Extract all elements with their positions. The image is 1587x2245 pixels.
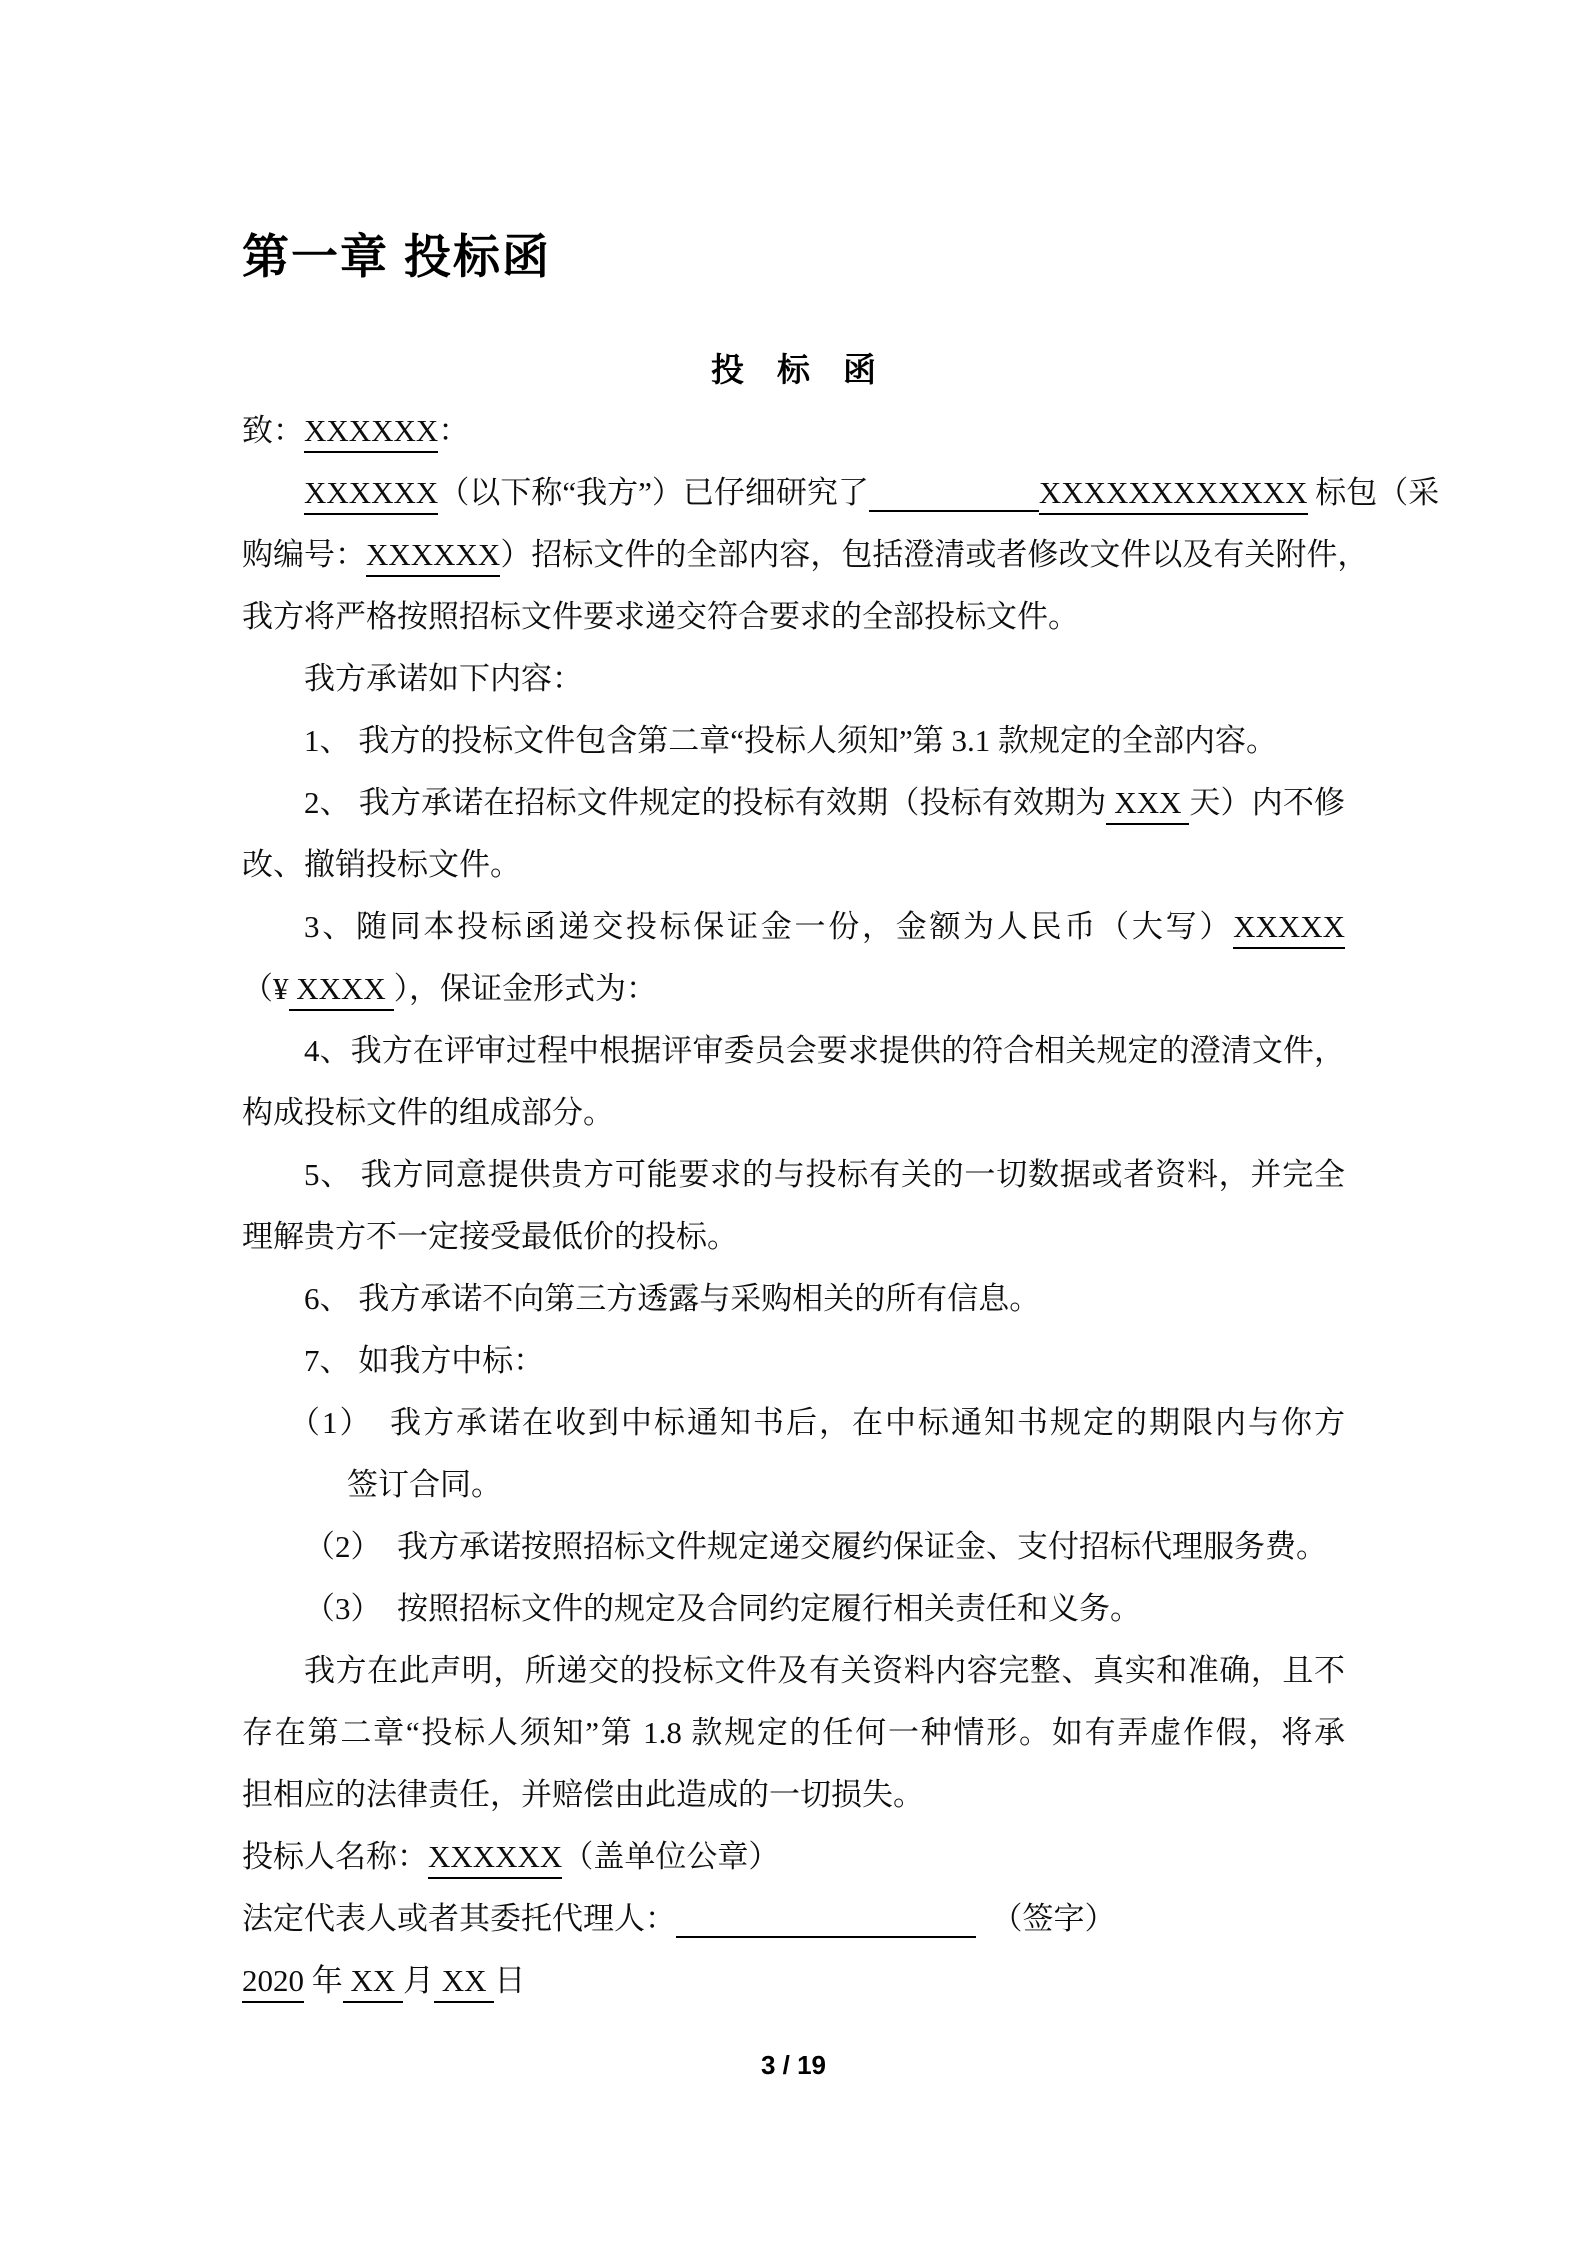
chapter-title: 第一章 投标函 xyxy=(242,220,551,287)
text-segment: 理解贵方不一定接受最低价的投标。 xyxy=(242,1219,738,1254)
line-item3-1: 3、随同本投标函递交投标保证金一份，金额为人民币（大写）XXXXX xyxy=(242,896,1345,958)
text-segment: 标包（采 xyxy=(1308,475,1440,510)
text-segment: （2） 我方承诺按照招标文件规定递交履约保证金、支付招标代理服务费。 xyxy=(304,1529,1327,1564)
document-body: 致：XXXXXX：XXXXXX（以下称“我方”）已仔细研究了XXXXXXXXXX… xyxy=(242,400,1345,2012)
text-segment: ）招标文件的全部内容，包括澄清或者修改文件以及有关附件， xyxy=(500,537,1368,572)
line-item4-1: 4、我方在评审过程中根据评审委员会要求提供的符合相关规定的澄清文件， xyxy=(242,1020,1345,1082)
text-segment: 我方承诺如下内容： xyxy=(304,661,583,696)
document-page: { "document": { "chapter_title": "第一章 投标… xyxy=(0,0,1587,2245)
underlined-text: XXXXXX xyxy=(304,475,438,515)
text-segment: 签订合同。 xyxy=(347,1467,502,1502)
underlined-text: XXXXX xyxy=(1233,909,1345,949)
line-item7-1-2: 签订合同。 xyxy=(242,1454,1345,1516)
text-segment: 投标人名称： xyxy=(242,1839,428,1874)
text-segment: 我方将严格按照招标文件要求递交符合要求的全部投标文件。 xyxy=(242,599,1079,634)
text-segment: 构成投标文件的组成部分。 xyxy=(242,1095,614,1130)
text-segment: （以下称“我方”）已仔细研究了 xyxy=(438,475,869,510)
line-declare-2: 存在第二章“投标人须知”第 1.8 款规定的任何一种情形。如有弄虚作假，将承 xyxy=(242,1702,1345,1764)
underlined-text: XXX xyxy=(1106,785,1189,825)
text-segment: 6、 我方承诺不向第三方透露与采购相关的所有信息。 xyxy=(304,1281,1040,1316)
line-item1: 1、 我方的投标文件包含第二章“投标人须知”第 3.1 款规定的全部内容。 xyxy=(242,710,1345,772)
line-promise-intro: 我方承诺如下内容： xyxy=(242,648,1345,710)
line-item5-1: 5、 我方同意提供贵方可能要求的与投标有关的一切数据或者资料，并完全 xyxy=(242,1144,1345,1206)
text-segment: ： xyxy=(438,413,469,448)
line-item5-2: 理解贵方不一定接受最低价的投标。 xyxy=(242,1206,1345,1268)
text-segment: 1、 我方的投标文件包含第二章“投标人须知”第 3.1 款规定的全部内容。 xyxy=(304,723,1277,758)
line-bidder-name: 投标人名称：XXXXXX（盖单位公章） xyxy=(242,1826,1345,1888)
text-segment: （1） 我方承诺在收到中标通知书后，在中标通知书规定的期限内与你方 xyxy=(289,1405,1345,1440)
text-segment: 法定代表人或者其委托代理人： xyxy=(242,1901,676,1936)
line-item2-1: 2、 我方承诺在招标文件规定的投标有效期（投标有效期为 XXX 天）内不修 xyxy=(242,772,1345,834)
text-segment: 5、 我方同意提供贵方可能要求的与投标有关的一切数据或者资料，并完全 xyxy=(304,1157,1345,1192)
line-item7-2: （2） 我方承诺按照招标文件规定递交履约保证金、支付招标代理服务费。 xyxy=(242,1516,1345,1578)
text-segment: 4、我方在评审过程中根据评审委员会要求提供的符合相关规定的澄清文件， xyxy=(304,1033,1345,1068)
text-segment: （盖单位公章） xyxy=(562,1839,779,1874)
line-para1-2: 购编号：XXXXXX）招标文件的全部内容，包括澄清或者修改文件以及有关附件， xyxy=(242,524,1345,586)
line-para1-1: XXXXXX（以下称“我方”）已仔细研究了XXXXXXXXXXXX 标包（采 xyxy=(242,462,1345,524)
line-declare-1: 我方在此声明，所递交的投标文件及有关资料内容完整、真实和准确，且不 xyxy=(242,1640,1345,1702)
text-segment: 年 xyxy=(304,1963,343,1998)
text-segment: （¥ xyxy=(242,971,289,1006)
text-segment: 我方在此声明，所递交的投标文件及有关资料内容完整、真实和准确，且不 xyxy=(304,1653,1345,1688)
blank-underline xyxy=(676,1914,976,1938)
text-segment: 7、 如我方中标： xyxy=(304,1343,544,1378)
underlined-text: XXXXXXXXXXXX xyxy=(1039,475,1308,515)
text-segment: 致： xyxy=(242,413,304,448)
underlined-text: XX xyxy=(343,1963,403,2003)
line-item6: 6、 我方承诺不向第三方透露与采购相关的所有信息。 xyxy=(242,1268,1345,1330)
blank-underline xyxy=(869,488,1039,512)
text-segment: 存在第二章“投标人须知”第 1.8 款规定的任何一种情形。如有弄虚作假，将承 xyxy=(242,1715,1345,1750)
line-item2-2: 改、撤销投标文件。 xyxy=(242,834,1345,896)
line-item3-2: （¥ XXXX ），保证金形式为： xyxy=(242,958,1345,1020)
text-segment: 月 xyxy=(403,1963,434,1998)
text-segment: 改、撤销投标文件。 xyxy=(242,847,521,882)
text-segment: 购编号： xyxy=(242,537,366,572)
underlined-text: XXXXXX xyxy=(304,413,438,453)
line-item7-3: （3） 按照招标文件的规定及合同约定履行相关责任和义务。 xyxy=(242,1578,1345,1640)
line-date: 2020 年 XX 月 XX 日 xyxy=(242,1950,1345,2012)
line-representative: 法定代表人或者其委托代理人： （签字） xyxy=(242,1888,1345,1950)
line-declare-3: 担相应的法律责任，并赔偿由此造成的一切损失。 xyxy=(242,1764,1345,1826)
line-item4-2: 构成投标文件的组成部分。 xyxy=(242,1082,1345,1144)
underlined-text: XXXXXX xyxy=(366,537,500,577)
line-item7: 7、 如我方中标： xyxy=(242,1330,1345,1392)
doc-title: 投 标 函 xyxy=(0,344,1587,391)
text-segment: 3、随同本投标函递交投标保证金一份，金额为人民币（大写） xyxy=(304,909,1233,944)
line-item7-1-1: （1） 我方承诺在收到中标通知书后，在中标通知书规定的期限内与你方 xyxy=(242,1392,1345,1454)
underlined-text: XXXX xyxy=(289,971,394,1011)
line-para1-3: 我方将严格按照招标文件要求递交符合要求的全部投标文件。 xyxy=(242,586,1345,648)
text-segment: （签字） xyxy=(976,1901,1116,1936)
underlined-text: XXXXXX xyxy=(428,1839,562,1879)
underlined-text: XX xyxy=(434,1963,494,2003)
line-salutation: 致：XXXXXX： xyxy=(242,400,1345,462)
text-segment: 担相应的法律责任，并赔偿由此造成的一切损失。 xyxy=(242,1777,924,1812)
text-segment: 2、 我方承诺在招标文件规定的投标有效期（投标有效期为 xyxy=(304,785,1106,820)
text-segment: 日 xyxy=(494,1963,525,1998)
underlined-text: 2020 xyxy=(242,1963,304,2003)
page-number: 3 / 19 xyxy=(0,2050,1587,2081)
page-background: 第一章 投标函 投 标 函 致：XXXXXX：XXXXXX（以下称“我方”）已仔… xyxy=(0,0,1587,2245)
text-segment: （3） 按照招标文件的规定及合同约定履行相关责任和义务。 xyxy=(304,1591,1141,1626)
text-segment: 天）内不修 xyxy=(1189,785,1345,820)
text-segment: ），保证金形式为： xyxy=(394,971,658,1006)
